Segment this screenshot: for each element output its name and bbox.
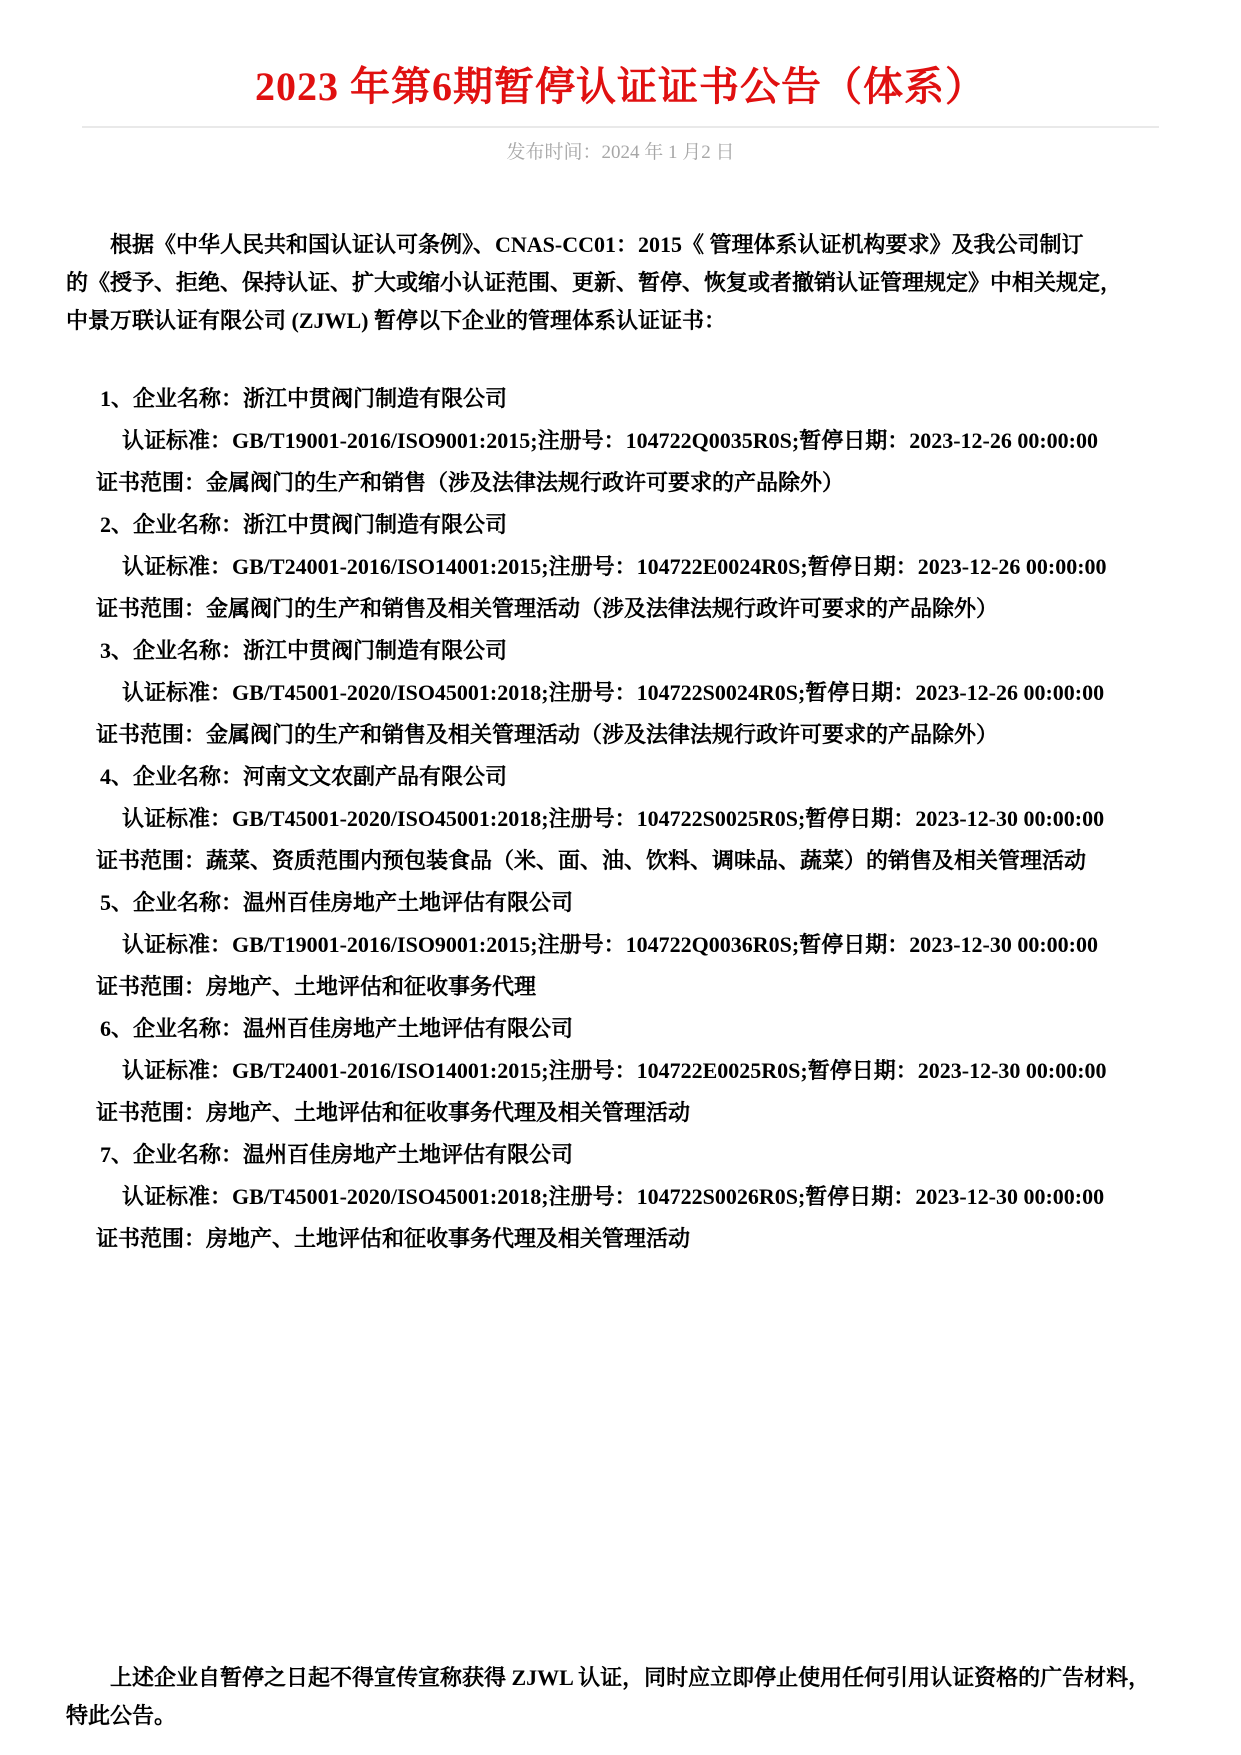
suspend-date-label: 暂停日期： — [808, 1058, 918, 1083]
company-name-label: 企业名称： — [133, 638, 243, 663]
company-name-label: 企业名称： — [133, 1142, 243, 1167]
suspend-date-value: 2023-12-26 00:00:00 — [909, 428, 1098, 453]
regno-value: 104722S0025R0S — [637, 806, 798, 831]
regno-value: 104722Q0035R0S — [626, 428, 792, 453]
company-name-line: 6、企业名称：温州百佳房地产土地评估有限公司 — [96, 1008, 1201, 1050]
company-name-label: 企业名称： — [133, 890, 243, 915]
company-list: 1、企业名称：浙江中贯阀门制造有限公司 认证标准：GB/T19001-2016/… — [96, 378, 1201, 1260]
company-scope-line: 证书范围：金属阀门的生产和销售（涉及法律法规行政许可要求的产品除外） — [96, 462, 1201, 504]
scope-value: 房地产、土地评估和征收事务代理 — [206, 974, 536, 999]
company-name-label: 企业名称： — [133, 1016, 243, 1041]
enum-separator: 、 — [111, 512, 133, 537]
standard-label: 认证标准： — [122, 932, 232, 957]
enum-separator: 、 — [111, 764, 133, 789]
document-page: 2023 年第6期暂停认证证书公告（体系） 发布时间：2024 年 1 月2 日… — [0, 0, 1241, 1755]
scope-label: 证书范围： — [96, 722, 206, 747]
regno-label: 注册号： — [549, 1184, 637, 1209]
standard-value: GB/T19001-2016/ISO9001:2015 — [232, 932, 530, 957]
standard-value: GB/T45001-2020/ISO45001:2018 — [232, 680, 541, 705]
company-scope-line: 证书范围：金属阀门的生产和销售及相关管理活动（涉及法律法规行政许可要求的产品除外… — [96, 714, 1201, 756]
company-standard-line: 认证标准：GB/T24001-2016/ISO14001:2015;注册号：10… — [96, 546, 1201, 588]
suspend-date-label: 暂停日期： — [799, 932, 909, 957]
scope-label: 证书范围： — [96, 596, 206, 621]
standard-value: GB/T19001-2016/ISO9001:2015 — [232, 428, 530, 453]
company-standard-line: 认证标准：GB/T19001-2016/ISO9001:2015;注册号：104… — [96, 924, 1201, 966]
scope-value: 金属阀门的生产和销售（涉及法律法规行政许可要求的产品除外） — [206, 470, 844, 495]
page-title: 2023 年第6期暂停认证证书公告（体系） — [0, 0, 1241, 110]
standard-value: GB/T24001-2016/ISO14001:2015 — [232, 1058, 541, 1083]
company-name-line: 5、企业名称：温州百佳房地产土地评估有限公司 — [96, 882, 1201, 924]
regno-label: 注册号： — [538, 932, 626, 957]
company-index: 2 — [100, 512, 111, 537]
field-separator: ; — [541, 1184, 548, 1209]
company-name-value: 河南文文农副产品有限公司 — [243, 764, 507, 789]
company-name-value: 温州百佳房地产土地评估有限公司 — [243, 890, 573, 915]
company-index: 4 — [100, 764, 111, 789]
scope-value: 金属阀门的生产和销售及相关管理活动（涉及法律法规行政许可要求的产品除外） — [206, 722, 998, 747]
company-standard-line: 认证标准：GB/T45001-2020/ISO45001:2018;注册号：10… — [96, 1176, 1201, 1218]
standard-label: 认证标准： — [122, 806, 232, 831]
company-scope-line: 证书范围：蔬菜、资质范围内预包装食品（米、面、油、饮料、调味品、蔬菜）的销售及相… — [96, 840, 1201, 882]
publish-date: 发布时间：2024 年 1 月2 日 — [0, 137, 1241, 164]
field-separator: ; — [541, 554, 548, 579]
company-name-line: 7、企业名称：温州百佳房地产土地评估有限公司 — [96, 1134, 1201, 1176]
company-name-line: 2、企业名称：浙江中贯阀门制造有限公司 — [96, 504, 1201, 546]
company-name-value: 温州百佳房地产土地评估有限公司 — [243, 1142, 573, 1167]
field-separator: ; — [800, 554, 807, 579]
company-name-value: 浙江中贯阀门制造有限公司 — [243, 638, 507, 663]
company-standard-line: 认证标准：GB/T19001-2016/ISO9001:2015;注册号：104… — [96, 420, 1201, 462]
scope-label: 证书范围： — [96, 1100, 206, 1125]
title-divider — [82, 126, 1159, 128]
field-separator: ; — [530, 932, 537, 957]
regno-value: 104722E0024R0S — [637, 554, 801, 579]
footer-note: 上述企业自暂停之日起不得宣传宣称获得 ZJWL 认证，同时应立即停止使用任何引用… — [66, 1659, 1171, 1735]
suspend-date-value: 2023-12-30 00:00:00 — [909, 932, 1098, 957]
company-index: 1 — [100, 386, 111, 411]
company-name-label: 企业名称： — [133, 764, 243, 789]
enum-separator: 、 — [111, 638, 133, 663]
scope-value: 金属阀门的生产和销售及相关管理活动（涉及法律法规行政许可要求的产品除外） — [206, 596, 998, 621]
suspend-date-label: 暂停日期： — [805, 1184, 915, 1209]
regno-value: 104722S0024R0S — [637, 680, 798, 705]
company-index: 7 — [100, 1142, 111, 1167]
field-separator: ; — [800, 1058, 807, 1083]
company-scope-line: 证书范围：房地产、土地评估和征收事务代理及相关管理活动 — [96, 1092, 1201, 1134]
company-entry: 6、企业名称：温州百佳房地产土地评估有限公司 认证标准：GB/T24001-20… — [96, 1008, 1201, 1134]
scope-label: 证书范围： — [96, 470, 206, 495]
suspend-date-value: 2023-12-30 00:00:00 — [915, 1184, 1104, 1209]
standard-value: GB/T24001-2016/ISO14001:2015 — [232, 554, 541, 579]
enum-separator: 、 — [111, 890, 133, 915]
company-index: 3 — [100, 638, 111, 663]
company-entry: 1、企业名称：浙江中贯阀门制造有限公司 认证标准：GB/T19001-2016/… — [96, 378, 1201, 504]
enum-separator: 、 — [111, 386, 133, 411]
company-index: 6 — [100, 1016, 111, 1041]
suspend-date-value: 2023-12-30 00:00:00 — [918, 1058, 1107, 1083]
scope-label: 证书范围： — [96, 974, 206, 999]
suspend-date-label: 暂停日期： — [805, 680, 915, 705]
suspend-date-value: 2023-12-30 00:00:00 — [915, 806, 1104, 831]
suspend-date-label: 暂停日期： — [808, 554, 918, 579]
scope-value: 房地产、土地评估和征收事务代理及相关管理活动 — [206, 1100, 690, 1125]
company-index: 5 — [100, 890, 111, 915]
standard-label: 认证标准： — [122, 428, 232, 453]
company-standard-line: 认证标准：GB/T45001-2020/ISO45001:2018;注册号：10… — [96, 672, 1201, 714]
regno-label: 注册号： — [549, 554, 637, 579]
field-separator: ; — [530, 428, 537, 453]
company-scope-line: 证书范围：房地产、土地评估和征收事务代理 — [96, 966, 1201, 1008]
company-scope-line: 证书范围：房地产、土地评估和征收事务代理及相关管理活动 — [96, 1218, 1201, 1260]
scope-label: 证书范围： — [96, 1226, 206, 1251]
suspend-date-value: 2023-12-26 00:00:00 — [915, 680, 1104, 705]
company-name-label: 企业名称： — [133, 512, 243, 537]
regno-value: 104722E0025R0S — [637, 1058, 801, 1083]
regno-label: 注册号： — [549, 680, 637, 705]
standard-label: 认证标准： — [122, 554, 232, 579]
regno-label: 注册号： — [549, 1058, 637, 1083]
field-separator: ; — [541, 1058, 548, 1083]
company-name-label: 企业名称： — [133, 386, 243, 411]
company-entry: 2、企业名称：浙江中贯阀门制造有限公司 认证标准：GB/T24001-2016/… — [96, 504, 1201, 630]
suspend-date-value: 2023-12-26 00:00:00 — [918, 554, 1107, 579]
company-scope-line: 证书范围：金属阀门的生产和销售及相关管理活动（涉及法律法规行政许可要求的产品除外… — [96, 588, 1201, 630]
company-name-value: 浙江中贯阀门制造有限公司 — [243, 512, 507, 537]
enum-separator: 、 — [111, 1142, 133, 1167]
intro-paragraph: 根据《中华人民共和国认证认可条例》、CNAS-CC01：2015《 管理体系认证… — [66, 226, 1171, 340]
company-entry: 3、企业名称：浙江中贯阀门制造有限公司 认证标准：GB/T45001-2020/… — [96, 630, 1201, 756]
standard-label: 认证标准： — [122, 1058, 232, 1083]
standard-value: GB/T45001-2020/ISO45001:2018 — [232, 806, 541, 831]
company-entry: 5、企业名称：温州百佳房地产土地评估有限公司 认证标准：GB/T19001-20… — [96, 882, 1201, 1008]
suspend-date-label: 暂停日期： — [799, 428, 909, 453]
company-name-line: 3、企业名称：浙江中贯阀门制造有限公司 — [96, 630, 1201, 672]
company-name-line: 4、企业名称：河南文文农副产品有限公司 — [96, 756, 1201, 798]
regno-value: 104722Q0036R0S — [626, 932, 792, 957]
standard-label: 认证标准： — [122, 1184, 232, 1209]
scope-value: 蔬菜、资质范围内预包装食品（米、面、油、饮料、调味品、蔬菜）的销售及相关管理活动 — [206, 848, 1086, 873]
company-standard-line: 认证标准：GB/T45001-2020/ISO45001:2018;注册号：10… — [96, 798, 1201, 840]
company-entry: 4、企业名称：河南文文农副产品有限公司 认证标准：GB/T45001-2020/… — [96, 756, 1201, 882]
standard-label: 认证标准： — [122, 680, 232, 705]
field-separator: ; — [541, 806, 548, 831]
standard-value: GB/T45001-2020/ISO45001:2018 — [232, 1184, 541, 1209]
company-name-value: 浙江中贯阀门制造有限公司 — [243, 386, 507, 411]
scope-value: 房地产、土地评估和征收事务代理及相关管理活动 — [206, 1226, 690, 1251]
regno-label: 注册号： — [538, 428, 626, 453]
regno-value: 104722S0026R0S — [637, 1184, 798, 1209]
regno-label: 注册号： — [549, 806, 637, 831]
scope-label: 证书范围： — [96, 848, 206, 873]
field-separator: ; — [541, 680, 548, 705]
company-name-line: 1、企业名称：浙江中贯阀门制造有限公司 — [96, 378, 1201, 420]
suspend-date-label: 暂停日期： — [805, 806, 915, 831]
enum-separator: 、 — [111, 1016, 133, 1041]
company-standard-line: 认证标准：GB/T24001-2016/ISO14001:2015;注册号：10… — [96, 1050, 1201, 1092]
company-name-value: 温州百佳房地产土地评估有限公司 — [243, 1016, 573, 1041]
company-entry: 7、企业名称：温州百佳房地产土地评估有限公司 认证标准：GB/T45001-20… — [96, 1134, 1201, 1260]
